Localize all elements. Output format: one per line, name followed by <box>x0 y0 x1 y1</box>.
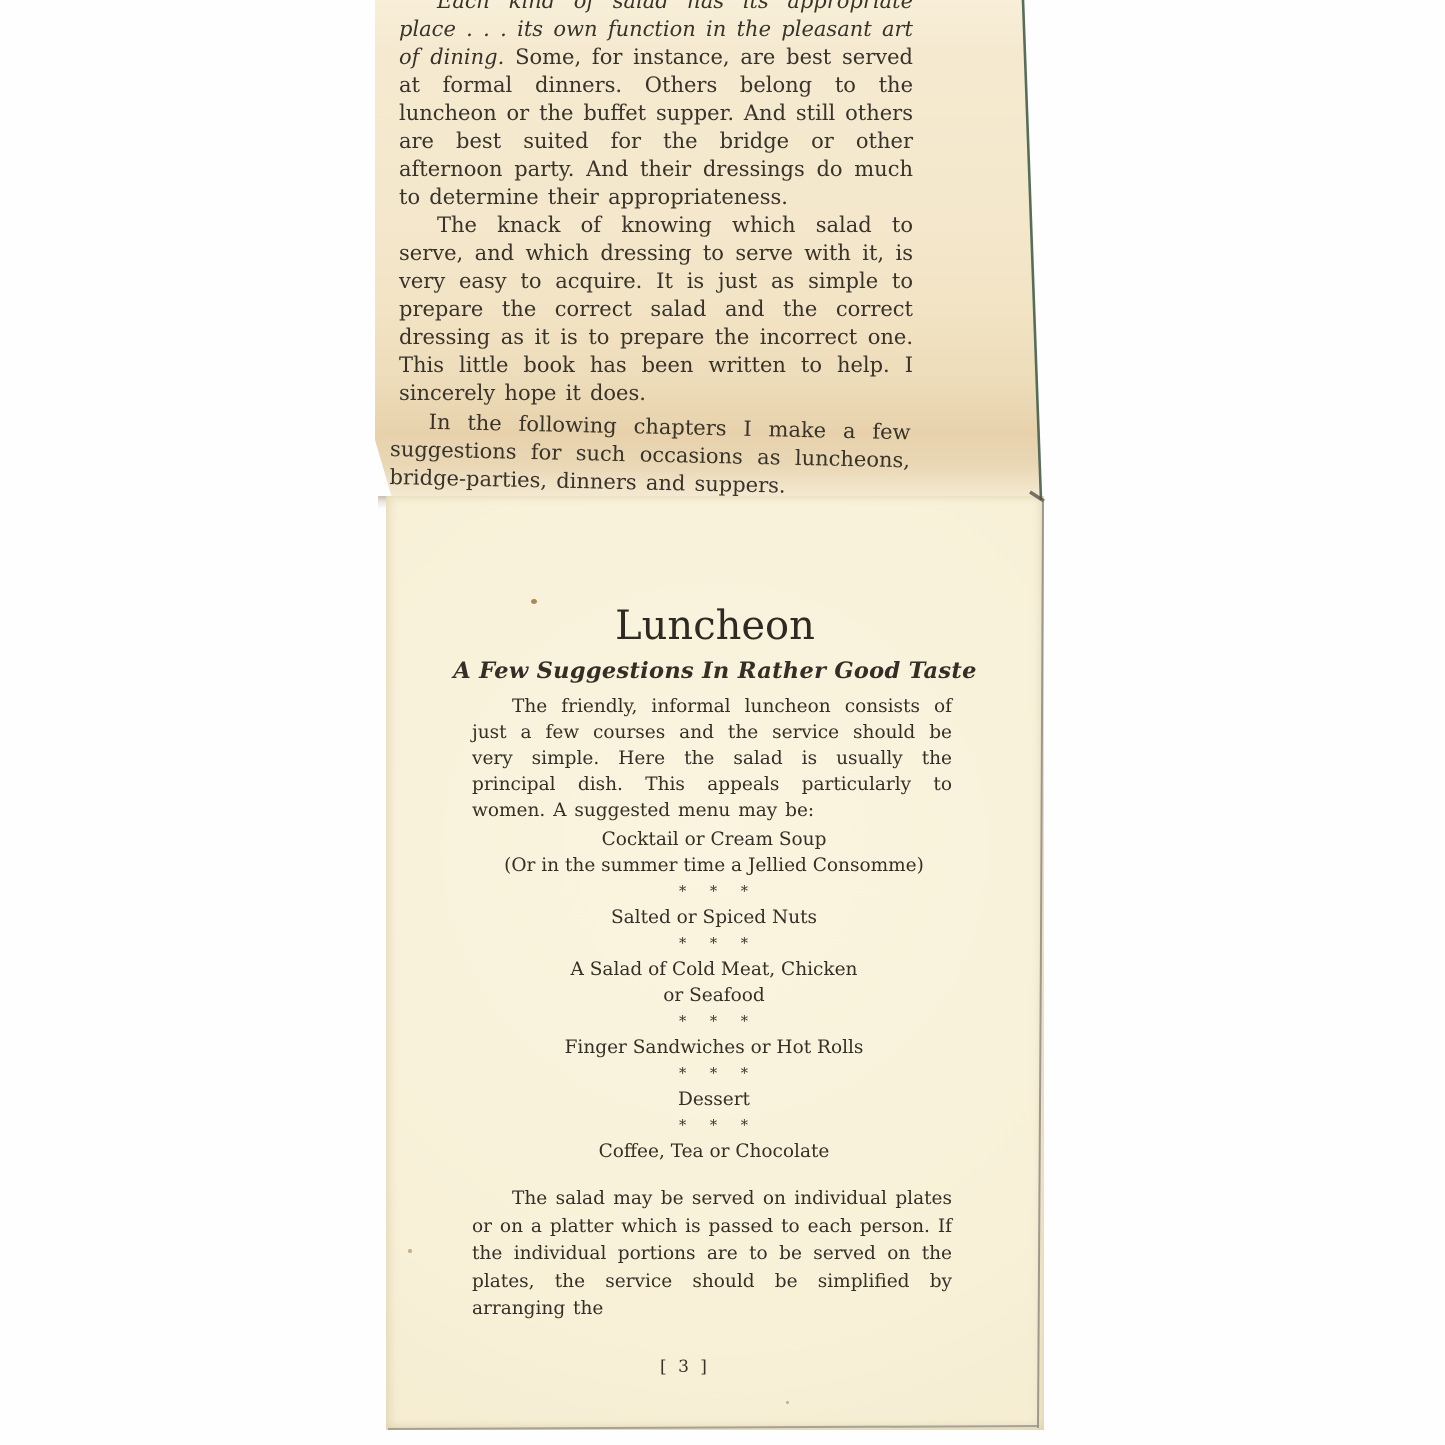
page-title: Luncheon <box>386 604 1044 648</box>
paragraph-appropriate-place: Each kind of salad has its appropriate p… <box>399 0 913 211</box>
menu-line: Finger Sandwiches or Hot Rolls <box>444 1035 984 1061</box>
bottom-page: Luncheon A Few Suggestions In Rather Goo… <box>386 496 1044 1430</box>
paragraph-salad-served: The salad may be served on individual pl… <box>472 1185 952 1323</box>
intro-paragraph-block: The friendly, informal luncheon consists… <box>472 694 952 824</box>
menu-line: or Seafood <box>444 983 984 1009</box>
menu-line: Coffee, Tea or Chocolate <box>444 1139 984 1165</box>
booklet-scan: Each kind of salad has its appropriate p… <box>0 0 1445 1445</box>
stars-separator: * * * <box>444 931 984 957</box>
menu-line: Cocktail or Cream Soup <box>444 827 984 853</box>
top-page: Each kind of salad has its appropriate p… <box>372 0 1044 503</box>
stars-separator: * * * <box>444 1061 984 1087</box>
paragraph-following-chapters: In the following chapters I make a few s… <box>389 407 911 502</box>
page-subtitle: A Few Suggestions In Rather Good Taste <box>386 657 1044 685</box>
stars-separator: * * * <box>444 1113 984 1139</box>
menu-line: (Or in the summer time a Jellied Consomm… <box>444 853 984 879</box>
menu-line: Dessert <box>444 1087 984 1113</box>
paragraph-lead-rest: Some, for instance, are best served at f… <box>399 45 913 209</box>
stars-separator: * * * <box>444 879 984 905</box>
menu-line: Salted or Spiced Nuts <box>444 905 984 931</box>
paragraph-friendly-luncheon: The friendly, informal luncheon consists… <box>472 694 952 824</box>
stars-separator: * * * <box>444 1009 984 1035</box>
closing-paragraph-block: The salad may be served on individual pl… <box>472 1185 952 1323</box>
page-number: [ 3 ] <box>445 1357 925 1377</box>
paragraph-knack-of-knowing: The knack of knowing which salad to serv… <box>399 211 913 407</box>
menu-line: A Salad of Cold Meat, Chicken <box>444 957 984 983</box>
top-page-text-block: Each kind of salad has its appropriate p… <box>399 0 913 491</box>
menu-block: Cocktail or Cream Soup (Or in the summer… <box>444 827 984 1165</box>
